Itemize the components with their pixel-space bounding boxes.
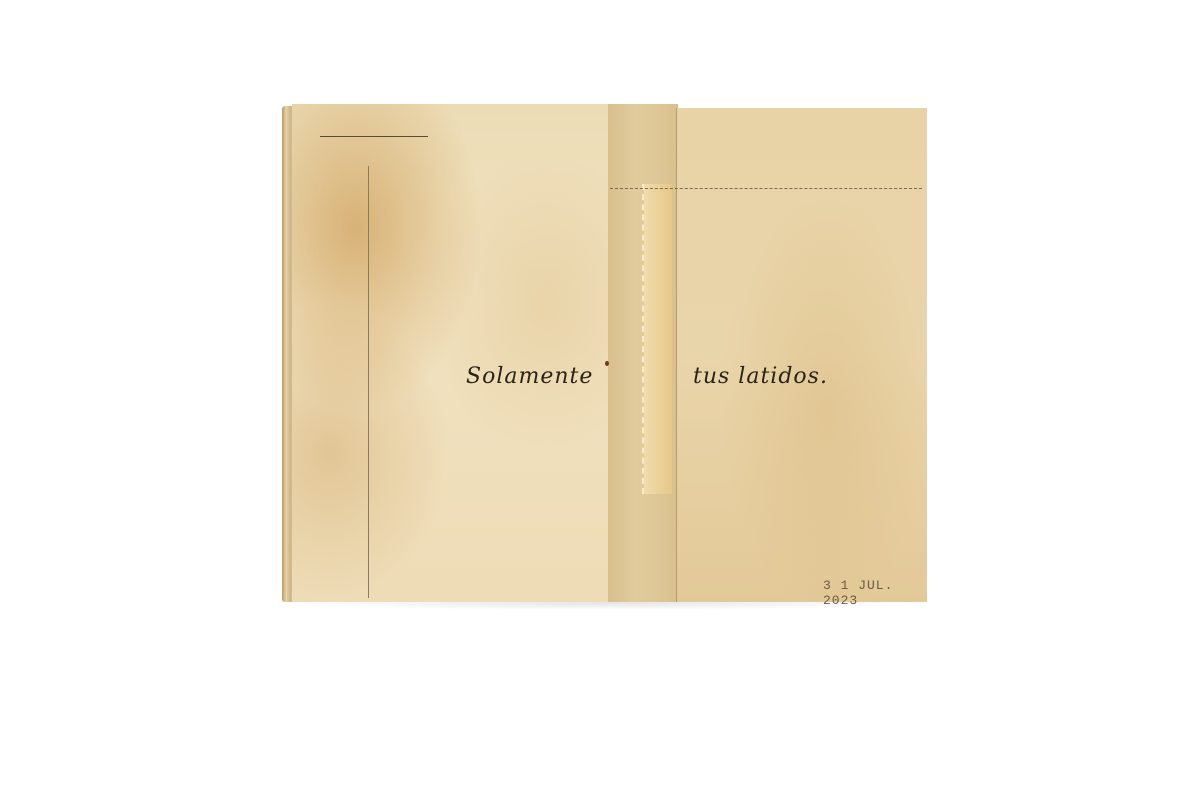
date-stamp: 3 1 JUL. 2023 bbox=[823, 578, 927, 608]
open-notebook: Solamente tus latidos. 3 1 JUL. 2023 bbox=[282, 102, 928, 606]
fold-line bbox=[610, 188, 922, 190]
right-page: tus latidos. 3 1 JUL. 2023 bbox=[676, 108, 927, 602]
handwriting-right: tus latidos. bbox=[693, 364, 828, 389]
margin-rule-horizontal bbox=[320, 136, 428, 137]
handwriting-left: Solamente bbox=[466, 364, 593, 389]
left-page: Solamente bbox=[292, 104, 610, 602]
torn-insert-strip bbox=[642, 184, 672, 494]
margin-rule-vertical bbox=[368, 166, 369, 598]
stain-dot bbox=[605, 361, 609, 366]
